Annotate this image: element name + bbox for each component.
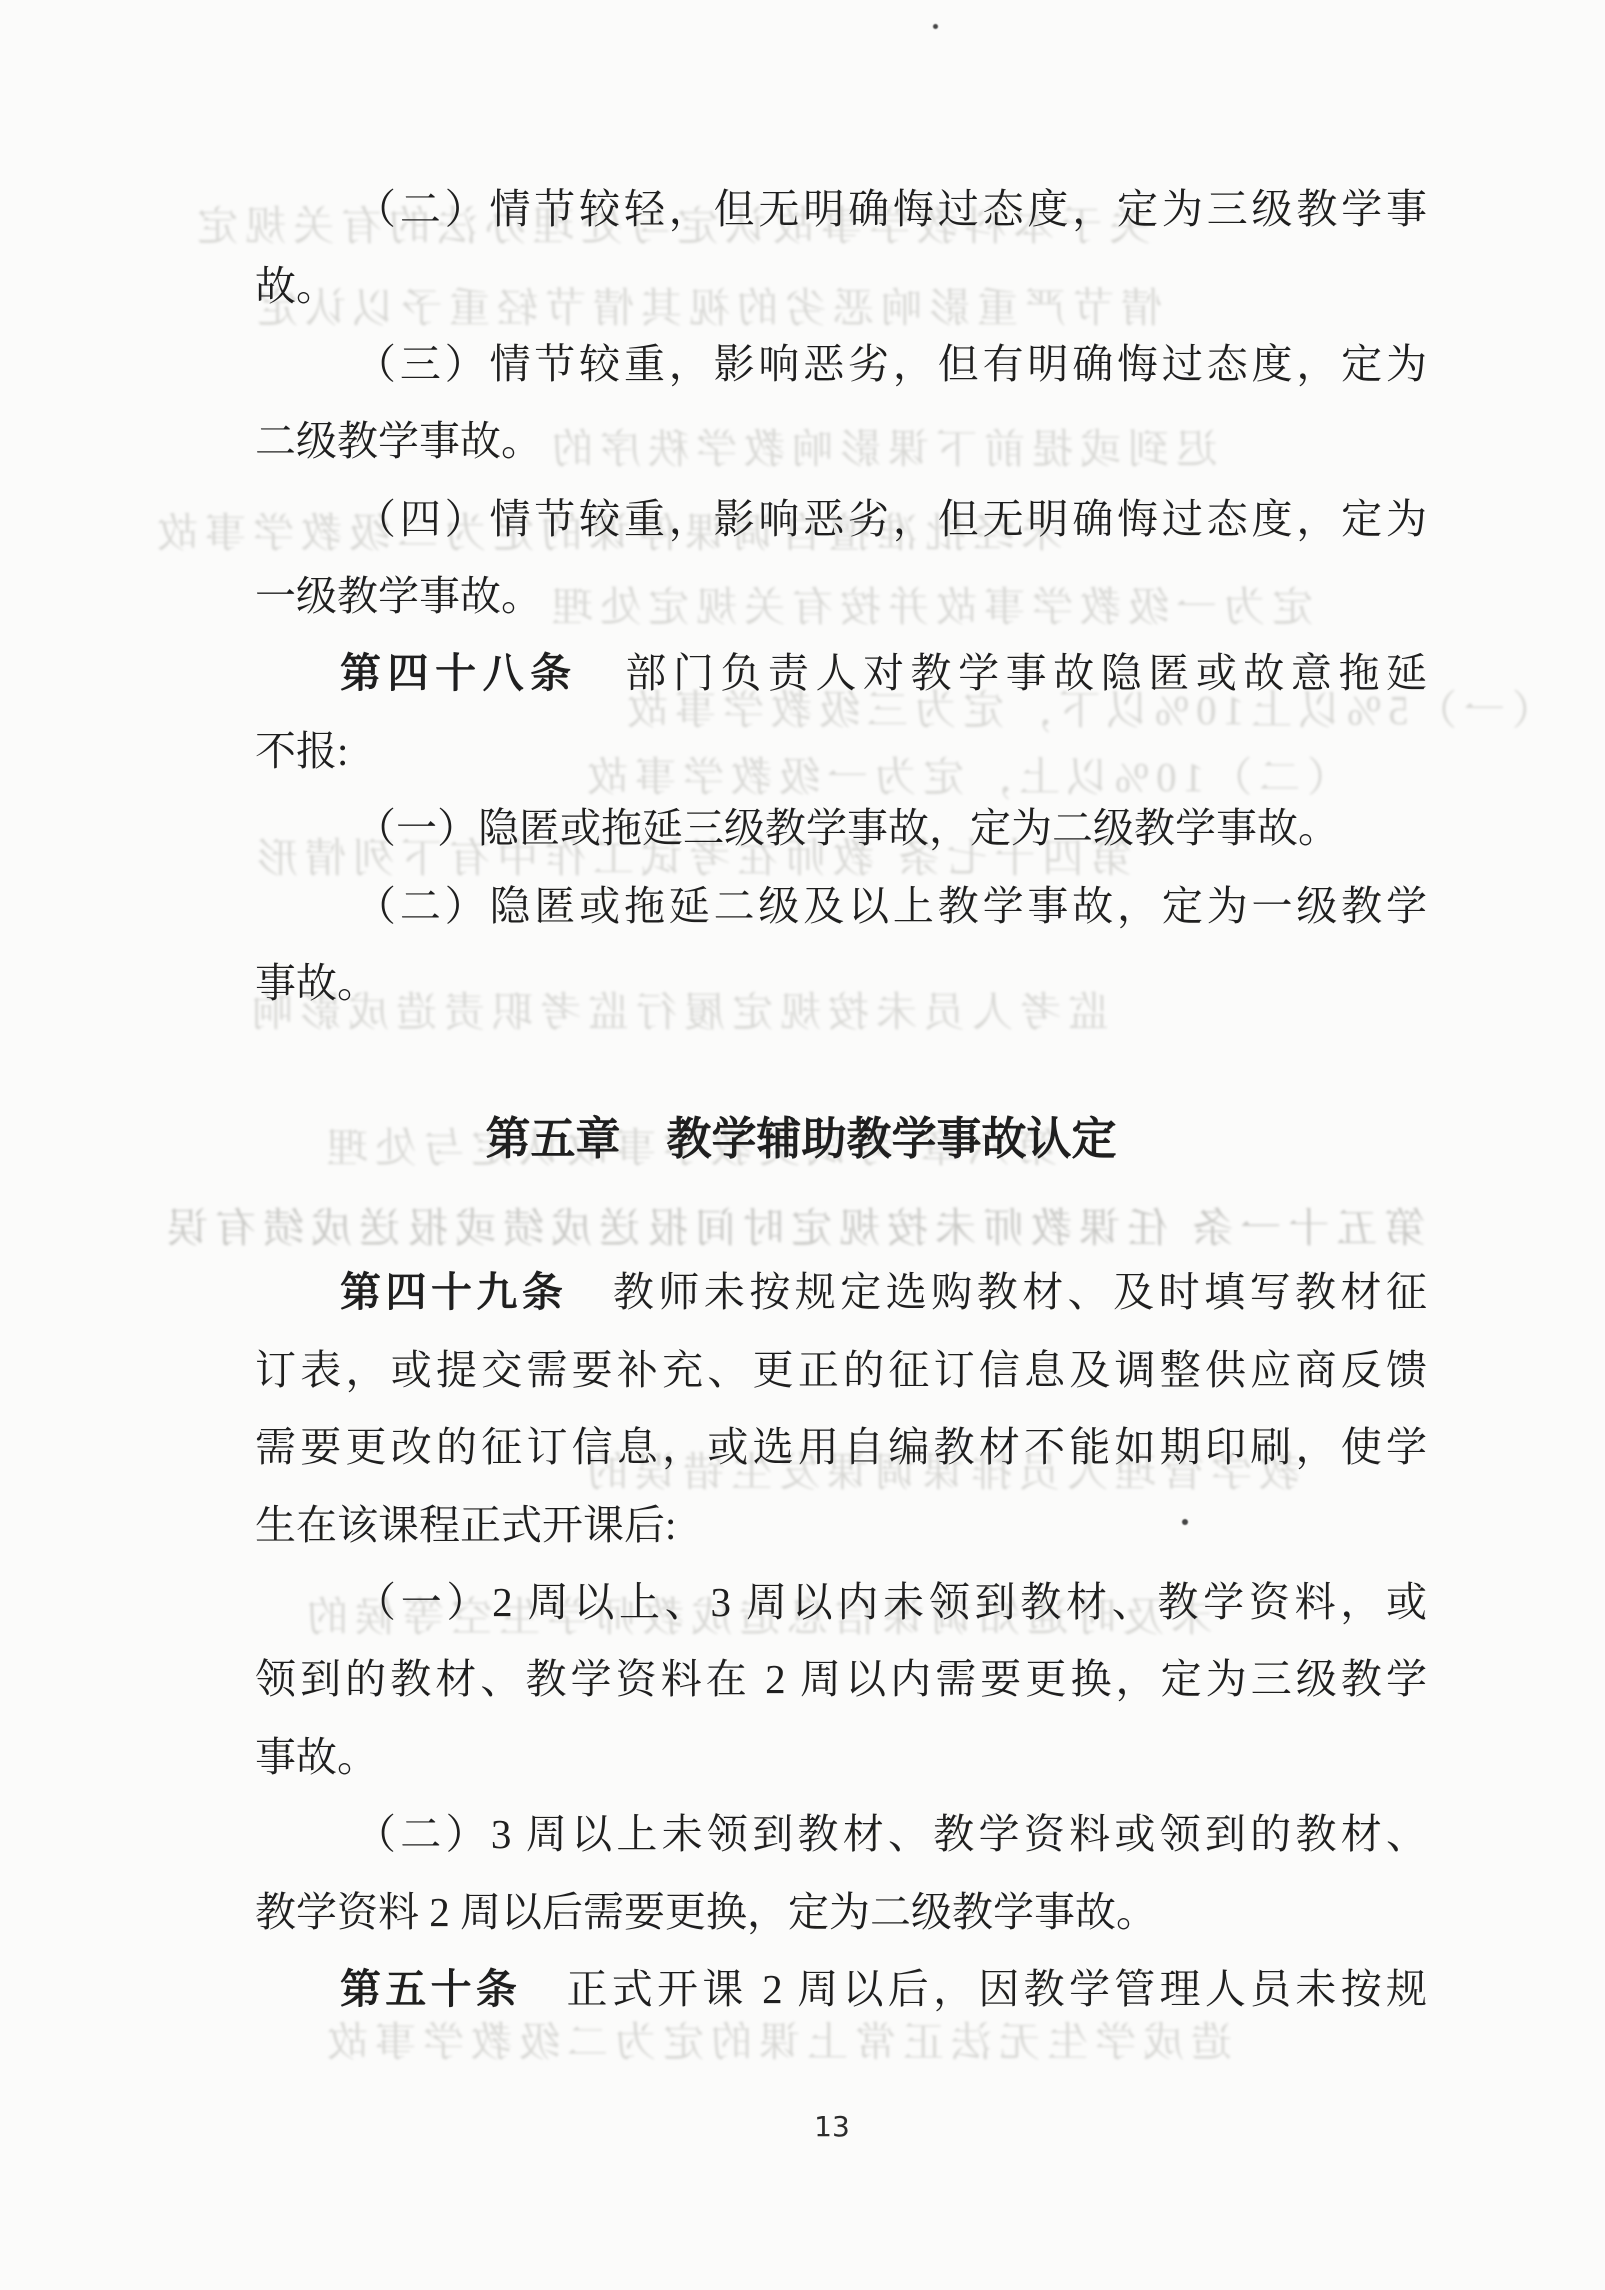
body-line: 生在该课程正式开课后:	[255, 1487, 1427, 1564]
body-line: （一）2 周以上、3 周以内未领到教材、教学资料，或	[255, 1564, 1427, 1641]
ink-dot	[933, 24, 938, 29]
body-line: 不报:	[255, 713, 1427, 790]
article-number: 第五十条	[340, 1966, 521, 2012]
text-segment: 需要更改的征订信息，或选用自编教材不能如期印刷，使学	[255, 1424, 1427, 1470]
blank-line	[255, 1177, 1427, 1254]
text-segment: （四）情节较重，影响恶劣，但无明确悔过态度，定为	[355, 496, 1427, 542]
text-segment: 教师未按规定选购教材、及时填写教材征	[567, 1269, 1427, 1315]
text-segment: 生在该课程正式开课后:	[255, 1502, 676, 1548]
text-segment: （一）2 周以上、3 周以内未领到教材、教学资料，或	[355, 1579, 1427, 1625]
text-segment: （二）情节较轻，但无明确悔过态度，定为三级教学事	[355, 186, 1427, 232]
article-line: 第五十条 正式开课 2 周以后，因教学管理人员未按规	[255, 1951, 1427, 2028]
body-line: （二）隐匿或拖延二级及以上教学事故，定为一级教学	[255, 868, 1427, 945]
article-number: 第四十九条	[340, 1269, 567, 1315]
body-line: 二级教学事故。	[255, 403, 1427, 480]
body-line: 需要更改的征订信息，或选用自编教材不能如期印刷，使学	[255, 1409, 1427, 1486]
text-segment: （二）3 周以上未领到教材、教学资料或领到的教材、	[355, 1811, 1427, 1857]
text-segment: 教学资料 2 周以后需要更换，定为二级教学事故。	[255, 1889, 1157, 1935]
text-segment: 领到的教材、教学资料在 2 周以内需要更换，定为三级教学	[255, 1656, 1427, 1702]
body-line: （一）隐匿或拖延三级教学事故，定为二级教学事故。	[255, 790, 1427, 867]
text-segment: 事故。	[255, 1734, 378, 1780]
text-segment: 正式开课 2 周以后，因教学管理人员未按规	[521, 1966, 1427, 2012]
text-segment: （一）隐匿或拖延三级教学事故，定为二级教学事故。	[355, 805, 1339, 851]
body-line: （四）情节较重，影响恶劣，但无明确悔过态度，定为	[255, 481, 1427, 558]
chapter-heading: 第五章教学辅助教学事故认定	[215, 1100, 1387, 1177]
body-line: （三）情节较重，影响恶劣，但有明确悔过态度，定为	[255, 326, 1427, 403]
text-segment: 教学辅助教学事故认定	[667, 1113, 1117, 1164]
text-segment: 二级教学事故。	[255, 418, 542, 464]
body-line: 事故。	[255, 1719, 1427, 1796]
article-line: 第四十八条 部门负责人对教学事故隐匿或故意拖延	[255, 635, 1427, 712]
text-segment: （二）隐匿或拖延二级及以上教学事故，定为一级教学	[355, 883, 1427, 929]
body-line: 一级教学事故。	[255, 558, 1427, 635]
body-line: 领到的教材、教学资料在 2 周以内需要更换，定为三级教学	[255, 1641, 1427, 1718]
article-number: 第四十八条	[340, 650, 578, 696]
article-line: 第四十九条 教师未按规定选购教材、及时填写教材征	[255, 1254, 1427, 1331]
text-segment: 不报:	[255, 728, 348, 774]
body-line: 故。	[255, 248, 1427, 325]
blank-line	[255, 1022, 1427, 1099]
text-segment: 第五章	[485, 1113, 620, 1164]
body-line: （二）情节较轻，但无明确悔过态度，定为三级教学事	[255, 171, 1427, 248]
ink-dot	[1182, 1519, 1188, 1525]
body-line: 事故。	[255, 945, 1427, 1022]
document-text: （二）情节较轻，但无明确悔过态度，定为三级教学事故。（三）情节较重，影响恶劣，但…	[255, 171, 1427, 2028]
text-segment: 订表，或提交需要补充、更正的征订信息及调整供应商反馈	[255, 1347, 1427, 1393]
text-segment: 一级教学事故。	[255, 573, 542, 619]
text-segment: 部门负责人对教学事故隐匿或故意拖延	[578, 650, 1427, 696]
body-line: 教学资料 2 周以后需要更换，定为二级教学事故。	[255, 1874, 1427, 1951]
text-segment: （三）情节较重，影响恶劣，但有明确悔过态度，定为	[355, 341, 1427, 387]
page-number: 13	[814, 2110, 850, 2143]
body-line: 订表，或提交需要补充、更正的征订信息及调整供应商反馈	[255, 1332, 1427, 1409]
text-segment: 故。	[255, 263, 337, 309]
body-line: （二）3 周以上未领到教材、教学资料或领到的教材、	[255, 1796, 1427, 1873]
text-segment: 事故。	[255, 960, 378, 1006]
document-page: 关于本科教学事故认定与处理办法的有关规定情节严重影响恶劣的视其情节轻重予以认定迟…	[0, 0, 1605, 2290]
